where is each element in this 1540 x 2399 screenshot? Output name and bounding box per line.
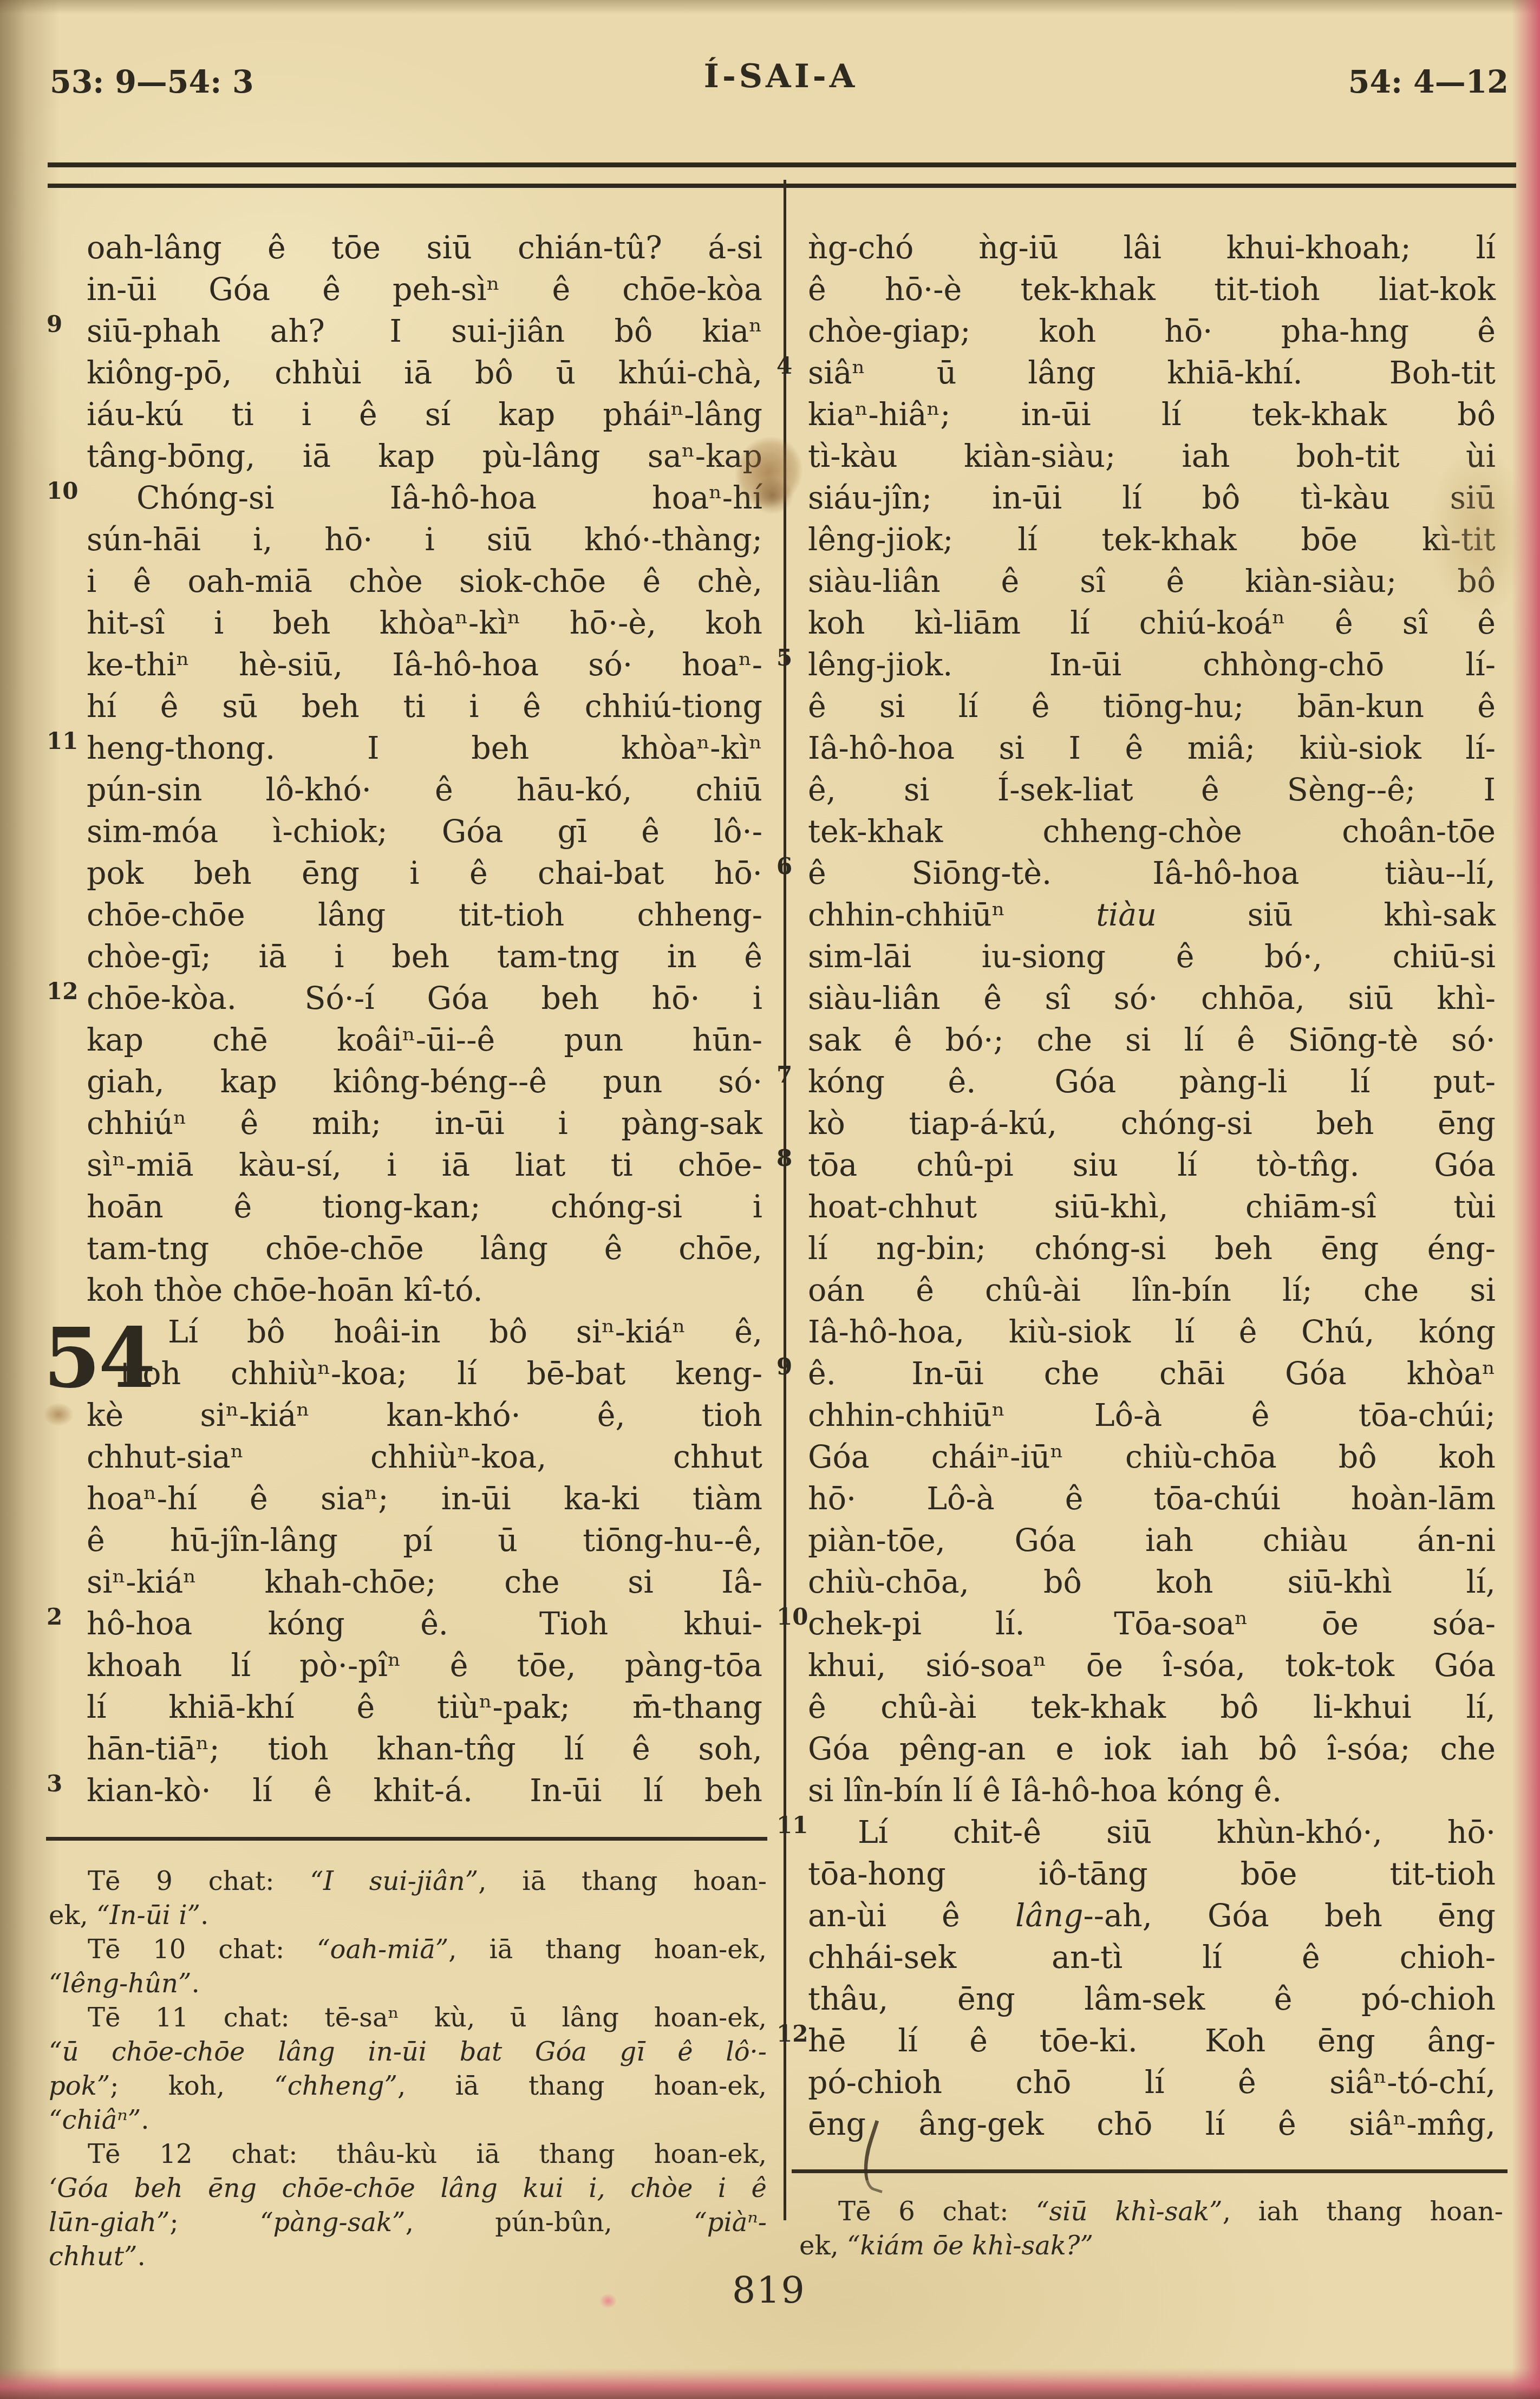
text-line: ek, “kiám ōe khì-sak?” [799,2229,1503,2263]
line-text: ê hō·-è tek-khak tit-tioh liat-kok [808,272,1496,308]
text-line: ǹg-chó ǹg-iū lâi khui-khoah; lí [808,227,1496,269]
text-line: 9ê. In-ūi che chāi Góa khòaⁿ [808,1353,1496,1395]
text-line: pó-chioh chō lí ê siâⁿ-tó-chí, [808,2062,1496,2104]
text-line: koh thòe chōe-hoān kî-tó. [87,1270,762,1312]
text-line: 7kóng ê. Góa pàng-li lí put- [808,1061,1496,1103]
line-text: hoān ê tiong-kan; chóng-si i [87,1189,762,1225]
line-text: sim-lāi iu-siong ê bó·, chiū-si [808,939,1496,975]
line-text: khoah lí pò·-pîⁿ ê tōe, pàng-tōa [87,1648,762,1684]
right-column-text: ǹg-chó ǹg-iū lâi khui-khoah; líê hō·-è t… [808,227,1496,2146]
text-line: pok”; koh, “chheng”, iā thang hoan-ek, [49,2069,767,2103]
line-text: chhut-siaⁿ chhiùⁿ-koa, chhut [87,1439,762,1475]
line-text: pó-chioh chō lí ê siâⁿ-tó-chí, [808,2065,1496,2101]
text-line: chòe-gī; iā i beh tam-tng in ê [87,936,762,978]
pink-speck [600,2294,616,2308]
text-line: khoah lí pò·-pîⁿ ê tōe, pàng-tōa [87,1645,762,1687]
line-text: “ū chōe-chōe lâng in-ūi bat Góa gī ê lô·… [49,2037,767,2067]
line-text: chhái-sek an-tì lí ê chioh- [808,1940,1496,1976]
verse-number: 5 [776,647,792,669]
text-line: hō· Lô-à ê tōa-chúi hoàn-lām [808,1478,1496,1520]
text-line: hān-tiāⁿ; tioh khan-tn̂g lí ê soh, [87,1729,762,1770]
verse-number: 12 [776,2023,808,2045]
line-text: hoat-chhut siū-khì, chiām-sî tùi [808,1189,1496,1225]
line-text: hō· Lô-à ê tōa-chúi hoàn-lām [808,1481,1496,1517]
line-text: hē lí ê tōe-ki. Koh ēng âng- [808,2023,1496,2059]
text-line: sún-hāi i, hō· i siū khó·-thàng; [87,519,762,561]
line-text: ê hū-jîn-lâng pí ū tiōng-hu--ê, [87,1523,762,1559]
line-text: kóng ê. Góa pàng-li lí put- [808,1064,1496,1100]
book-page: 53: 9—54: 3 Í-SAI-A 54: 4—12 54 oah-lâng… [0,0,1540,2399]
text-line: Iâ-hô-hoa, kiù-siok lí ê Chú, kóng [808,1312,1496,1353]
line-text: kiaⁿ-hiâⁿ; in-ūi lí tek-khak bô [808,397,1496,433]
text-line: lêng-jiok; lí tek-khak bōe kì-tit [808,519,1496,561]
line-text: sún-hāi i, hō· i siū khó·-thàng; [87,522,762,558]
line-text: kiông-pō, chhùi iā bô ū khúi-chà, [87,355,762,391]
text-line: ê chû-ài tek-khak bô li-khui lí, [808,1687,1496,1729]
verse-number: 9 [47,313,62,336]
text-line: 5lêng-jiok. In-ūi chhòng-chō lí- [808,644,1496,686]
right-footnotes: Tē 6 chat: “siū khì-sak”, iah thang hoan… [799,2195,1503,2263]
verse-number: 7 [776,1064,792,1086]
page-number: 819 [732,2269,806,2312]
line-text: sim-móa ì-chiok; Góa gī ê lô·- [87,814,762,850]
line-text: ê Siōng-tè. Iâ-hô-hoa tiàu--lí, [808,856,1496,891]
text-line: 6ê Siōng-tè. Iâ-hô-hoa tiàu--lí, [808,853,1496,895]
line-text: chōe-chōe lâng tit-tioh chheng- [87,897,762,933]
text-line: Lí bô hoâi-in bô siⁿ-kiáⁿ ê, [87,1312,762,1353]
line-text: Lí chit-ê siū khùn-khó·, hō· [858,1815,1496,1850]
line-text: Tē 9 chat: “I sui-jiân”, iā thang hoan- [88,1866,767,1896]
column-divider [784,180,786,2220]
text-line: piàn-tōe, Góa iah chiàu án-ni [808,1520,1496,1562]
verse-number: 4 [776,355,792,377]
line-text: kap chē koâiⁿ-ūi--ê pun hūn- [87,1022,762,1058]
line-text: kè siⁿ-kiáⁿ kan-khó· ê, tioh [87,1398,762,1433]
line-text: kian-kò· lí ê khit-á. In-ūi lí beh [87,1773,762,1809]
page-bottom-red-edge [0,2368,1540,2399]
line-text: an-ùi ê lâng--ah, Góa beh ēng [808,1898,1496,1934]
verse-number: 3 [47,1772,62,1795]
line-text: giah, kap kiông-béng--ê pun só· [87,1064,762,1100]
verse-number: 10 [47,480,78,503]
text-line: tek-khak chheng-chòe choân-tōe [808,811,1496,853]
line-text: ‘Góa beh ēng chōe-chōe lâng kui i, chòe … [49,2173,767,2204]
line-text: ēng âng-gek chō lí ê siâⁿ-mn̂g, [808,2107,1496,2142]
line-text: siū-phah ah? I sui-jiân bô kiaⁿ [87,314,762,349]
line-text: ek, “kiám ōe khì-sak?” [799,2231,1093,2261]
text-line: lí ng-bin; chóng-si beh ēng éng- [808,1228,1496,1270]
text-line: kap chē koâiⁿ-ūi--ê pun hūn- [87,1020,762,1061]
line-text: sìⁿ-miā kàu-sí, i iā liat ti chōe- [87,1148,762,1183]
text-line: Góa cháiⁿ-iūⁿ chiù-chōa bô koh [808,1437,1496,1478]
line-text: lūn-giah”; “pàng-sak”, pún-bûn, “piàⁿ- [49,2207,767,2238]
line-text: khui, sió-soaⁿ ōe î-sóa, tok-tok Góa [808,1648,1496,1684]
text-line: kè siⁿ-kiáⁿ kan-khó· ê, tioh [87,1395,762,1437]
text-line: chhiúⁿ ê mih; in-ūi i pàng-sak [87,1103,762,1145]
text-line: tioh chhiùⁿ-koa; lí bē-bat keng- [87,1353,762,1395]
text-line: tam-tng chōe-chōe lâng ê chōe, [87,1228,762,1270]
line-text: Tē 11 chat: tē-saⁿ kù, ū lâng hoan-ek, [88,2003,767,2033]
text-line: 11heng-thong. I beh khòaⁿ-kìⁿ [87,728,762,770]
header-rule [48,162,1516,188]
text-line: kiaⁿ-hiâⁿ; in-ūi lí tek-khak bô [808,394,1496,436]
line-text: ê chû-ài tek-khak bô li-khui lí, [808,1690,1496,1725]
line-text: hô-hoa kóng ê. Tioh khui- [87,1606,762,1642]
text-line: ek, “In-ūi i”. [49,1899,767,1933]
text-line: ke-thiⁿ hè-siū, Iâ-hô-hoa só· hoaⁿ- [87,644,762,686]
text-line: “ū chōe-chōe lâng in-ūi bat Góa gī ê lô·… [49,2035,767,2069]
line-text: siàu-liân ê sî só· chhōa, siū khì- [808,981,1496,1016]
text-line: kò tiap-á-kú, chóng-si beh ēng [808,1103,1496,1145]
line-text: Chóng-si Iâ-hô-hoa hoaⁿ-hí [136,480,762,516]
text-line: pún-sin lô-khó· ê hāu-kó, chiū [87,770,762,811]
line-text: tâng-bōng, iā kap pù-lâng saⁿ-kap [87,439,762,474]
line-text: thâu, ēng lâm-sek ê pó-chioh [808,1981,1496,2017]
line-text: ǹg-chó ǹg-iū lâi khui-khoah; lí [808,230,1496,266]
text-line: sak ê bó·; che si lí ê Siōng-tè só· [808,1020,1496,1061]
text-line: Tē 10 chat: “oah-miā”, iā thang hoan-ek, [49,1933,767,1967]
header-book-title: Í-SAI-A [704,57,858,95]
line-text: chōe-kòa. Só·-í Góa beh hō· i [87,981,762,1016]
text-line: 9siū-phah ah? I sui-jiân bô kiaⁿ [87,311,762,353]
text-line: i ê oah-miā chòe siok-chōe ê chè, [87,561,762,603]
text-line: hoān ê tiong-kan; chóng-si i [87,1187,762,1228]
text-line: 11Lí chit-ê siū khùn-khó·, hō· [808,1812,1496,1854]
text-line: Tē 11 chat: tē-saⁿ kù, ū lâng hoan-ek, [49,2001,767,2035]
right-column: ǹg-chó ǹg-iū lâi khui-khoah; líê hō·-è t… [808,227,1496,2263]
text-line: 8tōa chû-pi siu lí tò-tn̂g. Góa [808,1145,1496,1187]
line-text: chiù-chōa, bô koh siū-khì lí, [808,1564,1496,1600]
header-right-verse-range: 54: 4—12 [1348,64,1509,100]
line-text: tioh chhiùⁿ-koa; lí bē-bat keng- [120,1356,762,1392]
verse-number: 6 [776,855,792,878]
text-line: oah-lâng ê tōe siū chián-tû? á-si [87,227,762,269]
text-line: “chiâⁿ”. [49,2103,767,2137]
line-text: Iâ-hô-hoa, kiù-siok lí ê Chú, kóng [808,1314,1496,1350]
text-line: pok beh ēng i ê chai-bat hō· [87,853,762,895]
line-text: tì-kàu kiàn-siàu; iah boh-tit ùi [808,439,1496,474]
text-line: hit-sî i beh khòaⁿ-kìⁿ hō·-è, koh [87,603,762,644]
line-text: hí ê sū beh ti i ê chhiú-tiong [87,689,762,725]
line-text: chòe-giap; koh hō· pha-hng ê [808,314,1496,349]
line-text: ek, “In-ūi i”. [49,1900,208,1931]
text-line: lí khiā-khí ê tiùⁿ-pak; m̄-thang [87,1687,762,1729]
line-text: iáu-kú ti i ê sí kap pháiⁿ-lâng [87,397,762,433]
line-text: oah-lâng ê tōe siū chián-tû? á-si [87,230,762,266]
text-line: ê si lí ê tiōng-hu; bān-kun ê [808,686,1496,728]
line-text: chhin-chhiūⁿ Lô-à ê tōa-chúi; [808,1398,1496,1433]
line-text: piàn-tōe, Góa iah chiàu án-ni [808,1523,1496,1559]
line-text: lêng-jiok; lí tek-khak bōe kì-tit [808,522,1496,558]
text-line: tì-kàu kiàn-siàu; iah boh-tit ùi [808,436,1496,478]
text-line: 10chek-pi lí. Tōa-soaⁿ ōe sóa- [808,1603,1496,1645]
text-line: chòe-giap; koh hō· pha-hng ê [808,311,1496,353]
text-line: 3kian-kò· lí ê khit-á. In-ūi lí beh [87,1770,762,1812]
text-line: ê hū-jîn-lâng pí ū tiōng-hu--ê, [87,1520,762,1562]
header-left-verse-range: 53: 9—54: 3 [50,64,254,100]
text-line: hí ê sū beh ti i ê chhiú-tiong [87,686,762,728]
line-text: oán ê chû-ài lîn-bín lí; che si [808,1273,1496,1308]
line-text: tōa chû-pi siu lí tò-tn̂g. Góa [808,1148,1496,1183]
text-line: chhái-sek an-tì lí ê chioh- [808,1937,1496,1979]
text-line: chhut-siaⁿ chhiùⁿ-koa, chhut [87,1437,762,1478]
line-text: tōa-hong iô-tāng bōe tit-tioh [808,1856,1496,1892]
text-line: chōe-chōe lâng tit-tioh chheng- [87,895,762,936]
line-text: ê, si Í-sek-liat ê Sèng--ê; I [808,772,1496,808]
verse-number: 2 [47,1606,62,1628]
text-line: in-ūi Góa ê peh-sìⁿ ê chōe-kòa [87,269,762,311]
text-line: oán ê chû-ài lîn-bín lí; che si [808,1270,1496,1312]
line-text: Tē 6 chat: “siū khì-sak”, iah thang hoan… [838,2196,1503,2227]
text-line: sim-lāi iu-siong ê bó·, chiū-si [808,936,1496,978]
text-line: Tē 6 chat: “siū khì-sak”, iah thang hoan… [799,2195,1503,2229]
line-text: Góa cháiⁿ-iūⁿ chiù-chōa bô koh [808,1439,1496,1475]
text-line: chhin-chhiūⁿ tiàu siū khì-sak [808,895,1496,936]
text-line: hoat-chhut siū-khì, chiām-sî tùi [808,1187,1496,1228]
line-text: koh thòe chōe-hoān kî-tó. [87,1273,483,1308]
line-text: lêng-jiok. In-ūi chhòng-chō lí- [808,647,1496,683]
left-column-text: oah-lâng ê tōe siū chián-tû? á-siin-ūi G… [87,227,762,1812]
page-top-edge [0,0,1540,14]
text-line: ‘Góa beh ēng chōe-chōe lâng kui i, chòe … [49,2172,767,2206]
line-text: chhiúⁿ ê mih; in-ūi i pàng-sak [87,1106,762,1142]
line-text: ê. In-ūi che chāi Góa khòaⁿ [808,1356,1496,1392]
line-text: hān-tiāⁿ; tioh khan-tn̂g lí ê soh, [87,1731,762,1767]
text-line: kiông-pō, chhùi iā bô ū khúi-chà, [87,353,762,394]
text-line: ê, si Í-sek-liat ê Sèng--ê; I [808,770,1496,811]
text-line: siⁿ-kiáⁿ khah-chōe; che si Iâ- [87,1562,762,1603]
left-footnote-rule [46,1837,767,1841]
line-text: lí khiā-khí ê tiùⁿ-pak; m̄-thang [87,1690,762,1725]
line-text: siⁿ-kiáⁿ khah-chōe; che si Iâ- [87,1564,762,1600]
text-line: an-ùi ê lâng--ah, Góa beh ēng [808,1895,1496,1937]
verse-number: 11 [47,730,78,753]
line-text: sak ê bó·; che si lí ê Siōng-tè só· [808,1022,1496,1058]
line-text: kò tiap-á-kú, chóng-si beh ēng [808,1106,1496,1142]
verse-number: 12 [47,980,78,1003]
line-text: chòe-gī; iā i beh tam-tng in ê [87,939,762,975]
left-footnotes: Tē 9 chat: “I sui-jiân”, iā thang hoan-e… [49,1865,767,2274]
text-line: sìⁿ-miā kàu-sí, i iā liat ti chōe- [87,1145,762,1187]
left-column: 54 oah-lâng ê tōe siū chián-tû? á-siin-ū… [87,227,762,2274]
text-line: tâng-bōng, iā kap pù-lâng saⁿ-kap [87,436,762,478]
line-text: siàu-liân ê sî ê kiàn-siàu; bô [808,564,1496,599]
line-text: Góa pêng-an e iok iah bô î-sóa; che [808,1731,1496,1767]
line-text: hoaⁿ-hí ê siaⁿ; in-ūi ka-ki tiàm [87,1481,762,1517]
text-line: giah, kap kiông-béng--ê pun só· [87,1061,762,1103]
text-line: 4siâⁿ ū lâng khiā-khí. Boh-tit [808,353,1496,394]
text-line: khui, sió-soaⁿ ōe î-sóa, tok-tok Góa [808,1645,1496,1687]
text-line: lūn-giah”; “pàng-sak”, pún-bûn, “piàⁿ- [49,2206,767,2240]
text-line: “lêng-hûn”. [49,1967,767,2001]
line-text: chhut”. [49,2241,146,2272]
line-text: in-ūi Góa ê peh-sìⁿ ê chōe-kòa [87,272,762,308]
line-text: Iâ-hô-hoa si I ê miâ; kiù-siok lí- [808,731,1496,766]
text-line: Tē 9 chat: “I sui-jiân”, iā thang hoan- [49,1865,767,1899]
text-line: chhut”. [49,2240,767,2274]
text-line: 10Chóng-si Iâ-hô-hoa hoaⁿ-hí [87,478,762,519]
text-line: siàu-liân ê sî só· chhōa, siū khì- [808,978,1496,1020]
text-line: sim-móa ì-chiok; Góa gī ê lô·- [87,811,762,853]
line-text: “lêng-hûn”. [49,1968,200,1999]
verse-number: 9 [776,1355,792,1378]
text-line: 12chōe-kòa. Só·-í Góa beh hō· i [87,978,762,1020]
line-text: pok”; koh, “chheng”, iā thang hoan-ek, [49,2071,767,2101]
line-text: siáu-jîn; in-ūi lí bô tì-kàu siū [808,480,1496,516]
text-line: chiù-chōa, bô koh siū-khì lí, [808,1562,1496,1603]
line-text: Lí bô hoâi-in bô siⁿ-kiáⁿ ê, [168,1314,762,1350]
line-text: hit-sî i beh khòaⁿ-kìⁿ hō·-è, koh [87,605,762,641]
verse-number: 11 [776,1814,808,1837]
text-line: koh kì-liām lí chiú-koáⁿ ê sî ê [808,603,1496,644]
line-text: pún-sin lô-khó· ê hāu-kó, chiū [87,772,762,808]
line-text: ê si lí ê tiōng-hu; bān-kun ê [808,689,1496,725]
line-text: Tē 10 chat: “oah-miā”, iā thang hoan-ek, [88,1934,767,1965]
line-text: pok beh ēng i ê chai-bat hō· [87,856,762,891]
text-line: siáu-jîn; in-ūi lí bô tì-kàu siū [808,478,1496,519]
line-text: chek-pi lí. Tōa-soaⁿ ōe sóa- [808,1606,1496,1642]
text-line: siàu-liân ê sî ê kiàn-siàu; bô [808,561,1496,603]
line-text: lí ng-bin; chóng-si beh ēng éng- [808,1231,1496,1267]
running-header: 53: 9—54: 3 Í-SAI-A 54: 4—12 [50,64,1512,113]
text-line: ēng âng-gek chō lí ê siâⁿ-mn̂g, [808,2104,1496,2146]
text-line: Iâ-hô-hoa si I ê miâ; kiù-siok lí- [808,728,1496,770]
line-text: koh kì-liām lí chiú-koáⁿ ê sî ê [808,605,1496,641]
line-text: tek-khak chheng-chòe choân-tōe [808,814,1496,850]
text-line: Góa pêng-an e iok iah bô î-sóa; che [808,1729,1496,1770]
verse-number: 8 [776,1147,792,1170]
line-text: tam-tng chōe-chōe lâng ê chōe, [87,1231,762,1267]
text-line: si lîn-bín lí ê Iâ-hô-hoa kóng ê. [808,1770,1496,1812]
text-line: ê hō·-è tek-khak tit-tioh liat-kok [808,269,1496,311]
text-line: thâu, ēng lâm-sek ê pó-chioh [808,1979,1496,2020]
line-text: “chiâⁿ”. [49,2105,149,2135]
line-text: heng-thong. I beh khòaⁿ-kìⁿ [87,731,762,766]
text-line: tōa-hong iô-tāng bōe tit-tioh [808,1854,1496,1895]
line-text: si lîn-bín lí ê Iâ-hô-hoa kóng ê. [808,1773,1282,1809]
right-footnote-rule [792,2169,1508,2173]
verse-number: 10 [776,1606,808,1628]
text-line: 2hô-hoa kóng ê. Tioh khui- [87,1603,762,1645]
line-text: chhin-chhiūⁿ tiàu siū khì-sak [808,897,1496,933]
text-line: chhin-chhiūⁿ Lô-à ê tōa-chúi; [808,1395,1496,1437]
text-line: Tē 12 chat: thâu-kù iā thang hoan-ek, [49,2137,767,2172]
line-text: ke-thiⁿ hè-siū, Iâ-hô-hoa só· hoaⁿ- [87,647,762,683]
line-text: siâⁿ ū lâng khiā-khí. Boh-tit [808,355,1496,391]
text-line: iáu-kú ti i ê sí kap pháiⁿ-lâng [87,394,762,436]
page-right-red-edge [1512,0,1540,2399]
text-line: 12hē lí ê tōe-ki. Koh ēng âng- [808,2020,1496,2062]
text-line: hoaⁿ-hí ê siaⁿ; in-ūi ka-ki tiàm [87,1478,762,1520]
line-text: Tē 12 chat: thâu-kù iā thang hoan-ek, [88,2139,767,2169]
line-text: i ê oah-miā chòe siok-chōe ê chè, [87,564,762,599]
